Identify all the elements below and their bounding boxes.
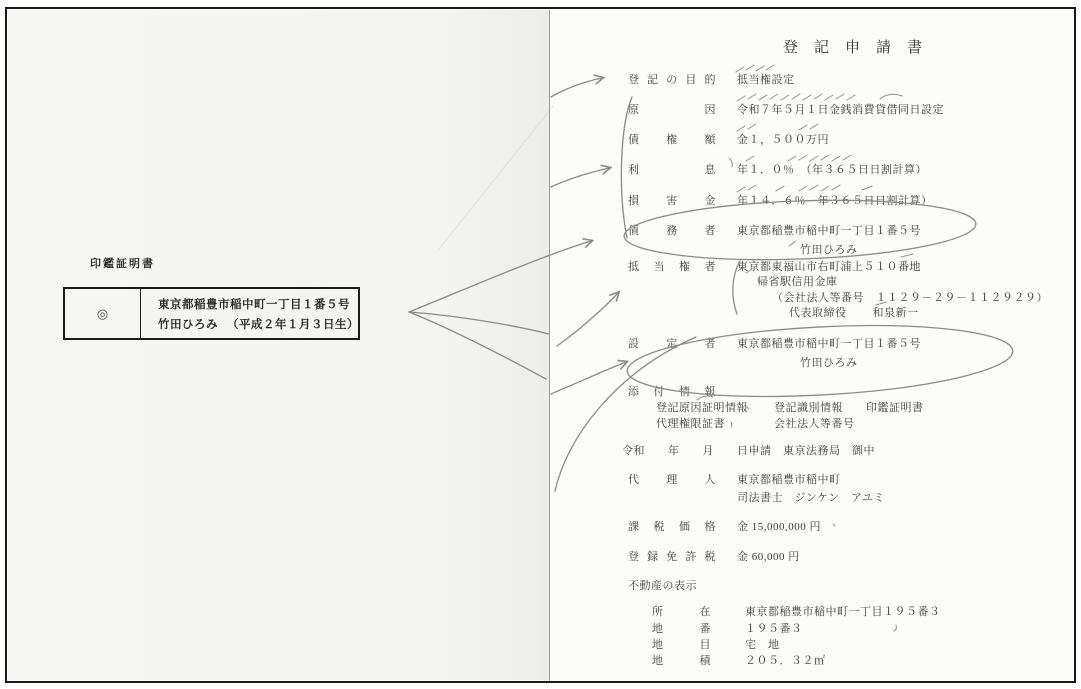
property-area-value: ２０５．３２㎡ [745,655,826,667]
property-lot-value: １９５番３ [745,623,803,635]
attachments-label: 添付情報 [628,383,716,399]
seal-certificate-box: ◎ 東京都稲豊市稲中町一丁目１番５号 竹田ひろみ（平成２年１月３日生） [63,287,360,340]
seal-holder-birthdate: （平成２年１月３日生） [227,319,359,331]
cause-value: 令和７年５月１日金銭消費貸借同日設定 [737,104,944,116]
form-title: 登記申請書 [783,36,938,57]
tax-base-label: 課税価格 [628,518,716,534]
settlor-address: 東京都稲豊市稲中町一丁目１番５号 [737,338,921,350]
tax-base-value: 金 15,000,000 円 [737,521,821,533]
agent-label: 代理人 [628,471,716,487]
row-interest: 利息年１．０％ （年３６５日日割計算） [628,161,927,177]
representative-name: 和泉新一 [873,307,919,319]
debtor-address: 東京都稲豊市稲中町一丁目１番５号 [737,225,921,237]
row-cause: 原因令和７年５月１日金銭消費貸借同日設定 [628,101,944,117]
seal-holder-name: 竹田ひろみ [158,319,218,331]
representative-title: 代表取締役 [789,307,847,319]
row-property-area: 地積２０５．３２㎡ [652,652,826,668]
purpose-value: 抵当権設定 [737,74,795,86]
row-settlor: 設定者東京都稲豊市稲中町一丁目１番５号 [628,335,921,351]
property-area-label: 地積 [652,652,711,668]
row-damages: 損害金年１４．６％ 年３６５日日割計算） [628,192,933,208]
property-lot-label: 地番 [652,620,711,636]
property-location-value: 東京都稲豊市稲中町一丁目１９５番３ [745,606,941,618]
interest-value: 年１．０％ （年３６５日日割計算） [737,164,927,176]
damages-label: 損害金 [628,192,716,208]
claim-amount-label: 債権額 [628,131,716,147]
seal-holder-address: 東京都稲豊市稲中町一丁目１番５号 [158,296,350,312]
mortgagee-representative: 代表取締役和泉新一 [789,304,919,320]
mortgagee-label: 抵当権者 [628,258,716,274]
row-property-lot: 地番１９５番３ [652,620,803,636]
debtor-name: 竹田ひろみ [800,241,858,257]
debtor-label: 債務者 [628,222,716,238]
seal-certificate-title: 印鑑証明書 [90,255,155,271]
row-debtor: 債務者東京都稲豊市稲中町一丁目１番５号 [628,222,921,238]
page-fold-line [549,10,550,682]
seal-stamp-icon: ◎ [65,289,141,338]
settlor-label: 設定者 [628,335,716,351]
mortgagee-address: 東京都東福山市右町浦上５１０番地 [737,261,921,273]
damages-value: 年１４．６％ 年３６５日日割計算） [737,195,933,207]
mortgagee-corporate-number: （会社法人等番号 １１２９－２９－１１２９２９） [772,289,1048,305]
settlor-name: 竹田ひろみ [800,354,858,370]
application-date-line: 令和 年 月 日申請 東京法務局 御中 [622,442,875,458]
left-page: 印鑑証明書 ◎ 東京都稲豊市稲中町一丁目１番５号 竹田ひろみ（平成２年１月３日生… [8,10,550,680]
attachment-item: 代理権限証書 [656,415,725,431]
registration-tax-label: 登録免許税 [628,548,716,564]
interest-label: 利息 [628,161,716,177]
attachment-item: 印鑑証明書 [866,399,924,415]
property-heading: 不動産の表示 [628,577,697,593]
agent-address: 東京都稲豊市稲中町 [737,474,841,486]
claim-amount-value: 金１，５００万円 [737,134,829,146]
attachments-heading: 添付情報 [628,383,716,399]
row-registration-tax: 登録免許税金 60,000 円 [628,548,800,564]
seal-holder-name-line: 竹田ひろみ（平成２年１月３日生） [158,316,359,332]
row-mortgagee: 抵当権者東京都東福山市右町浦上５１０番地 [628,258,921,274]
seal-holder-info: 東京都稲豊市稲中町一丁目１番５号 竹田ひろみ（平成２年１月３日生） [158,289,354,338]
purpose-label: 登記の目的 [628,71,716,87]
row-agent: 代理人東京都稲豊市稲中町 [628,471,841,487]
property-category-label: 地目 [652,636,711,652]
registration-tax-value: 金 60,000 円 [737,551,800,563]
row-property-location: 所在東京都稲豊市稲中町一丁目１９５番３ [652,603,941,619]
agent-title-name: 司法書士 ジンケン アユミ [737,489,885,505]
cause-label: 原因 [628,101,716,117]
attachment-item: 登記原因証明情報 [656,399,748,415]
property-location-label: 所在 [652,603,711,619]
row-purpose: 登記の目的抵当権設定 [628,71,795,87]
row-property-category: 地目宅 地 [652,636,780,652]
scanned-registration-document: 印鑑証明書 ◎ 東京都稲豊市稲中町一丁目１番５号 竹田ひろみ（平成２年１月３日生… [0,0,1081,689]
row-claim-amount: 債権額金１，５００万円 [628,131,829,147]
attachment-item: 登記識別情報 [774,399,843,415]
attachment-item: 会社法人等番号 [774,415,855,431]
mortgagee-name: 帰省駅信用金庫 [757,273,838,289]
property-category-value: 宅 地 [745,639,780,651]
row-tax-base: 課税価格金 15,000,000 円 [628,518,821,534]
